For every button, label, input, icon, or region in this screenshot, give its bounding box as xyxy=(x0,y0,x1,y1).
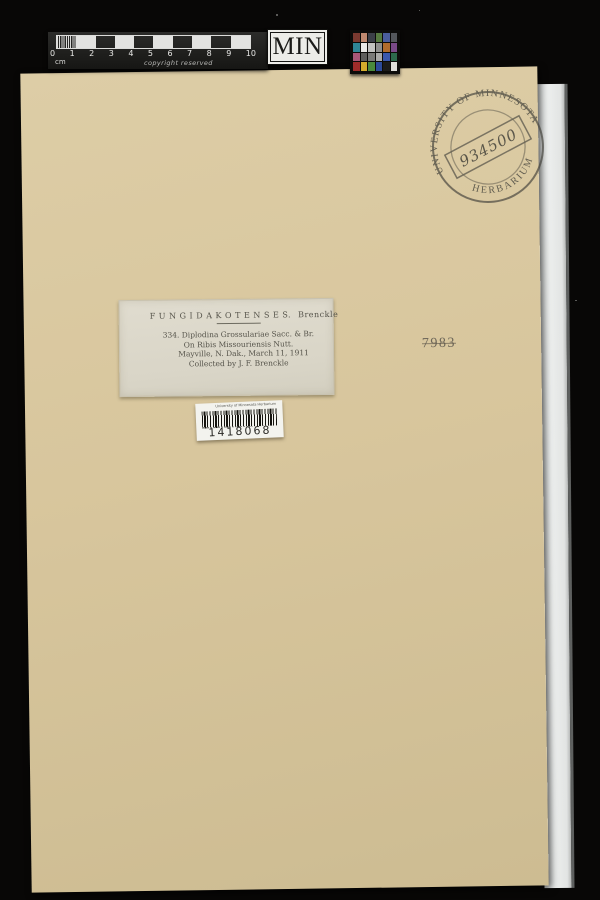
ruler-cm-segment xyxy=(211,36,230,48)
ruler-number: 2 xyxy=(89,49,94,58)
ruler-numbers: 012345678910 xyxy=(50,49,256,58)
color-patch xyxy=(391,33,398,42)
ruler-cm-segment xyxy=(96,36,115,48)
color-patch xyxy=(353,53,360,62)
label-taxon-line: 334. Diplodina Grossulariae Sacc. & Br. xyxy=(150,329,327,340)
ruler-number: 6 xyxy=(167,49,172,58)
color-patch xyxy=(376,53,383,62)
ruler-number: 5 xyxy=(148,49,153,58)
ruler-copyright-text: copyright reserved xyxy=(144,59,213,67)
ruler-scale xyxy=(56,35,251,49)
color-target-grid xyxy=(353,33,397,71)
color-patch xyxy=(361,33,368,42)
dust-speck xyxy=(276,14,278,16)
color-patch xyxy=(368,62,375,71)
color-patch xyxy=(353,62,360,71)
ruler-cm-segment xyxy=(153,36,172,48)
ruler-cm-segment xyxy=(173,36,192,48)
label-divider xyxy=(216,323,260,324)
stamped-sheet-number: 7983 xyxy=(422,336,456,353)
series-title-text: F U N G I D A K O T E N S E S. xyxy=(150,310,291,320)
color-patch xyxy=(391,62,398,71)
herbarium-stamp: UNIVERSITY OF MINNESOTA HERBARIUM 934500 xyxy=(415,74,561,220)
dust-speck xyxy=(419,10,420,11)
color-patch xyxy=(383,33,390,42)
specimen-label: F U N G I D A K O T E N S E S.Brenckle 3… xyxy=(118,298,334,397)
color-patch xyxy=(368,33,375,42)
color-calibration-target xyxy=(350,30,400,74)
color-patch xyxy=(391,43,398,52)
color-patch xyxy=(353,33,360,42)
color-patch xyxy=(361,53,368,62)
dust-speck xyxy=(575,300,577,301)
color-patch xyxy=(361,62,368,71)
ruler-number: 3 xyxy=(109,49,114,58)
color-patch xyxy=(368,43,375,52)
barcode-label: University of Minnesota Herbarium 141806… xyxy=(195,400,284,441)
color-patch xyxy=(391,53,398,62)
color-patch xyxy=(376,62,383,71)
label-collector-line: Collected by J. F. Brenckle xyxy=(150,357,327,368)
color-patch xyxy=(376,33,383,42)
ruler-number: 7 xyxy=(187,49,192,58)
label-series-title: F U N G I D A K O T E N S E S.Brenckle xyxy=(150,310,327,321)
ruler-cm-segment xyxy=(115,36,134,48)
barcode-header-text: University of Minnesota Herbarium xyxy=(215,403,262,408)
ruler-cm-segment xyxy=(76,36,95,48)
color-patch xyxy=(376,43,383,52)
color-patch xyxy=(383,43,390,52)
color-patch xyxy=(361,43,368,52)
institution-code-label: MIN xyxy=(267,29,328,65)
ruler-number: 9 xyxy=(226,49,231,58)
scale-ruler: 012345678910 cm copyright reserved xyxy=(48,32,268,69)
barcode-number: 1418068 xyxy=(199,424,280,440)
ruler-number: 4 xyxy=(128,49,133,58)
ruler-number: 1 xyxy=(70,49,75,58)
color-patch xyxy=(383,53,390,62)
ruler-number: 8 xyxy=(207,49,212,58)
series-author-text: Brenckle xyxy=(298,310,338,319)
color-patch xyxy=(368,53,375,62)
color-patch xyxy=(383,62,390,71)
ruler-mm-ticks xyxy=(57,36,76,48)
label-locality-date-line: Mayville, N. Dak., March 11, 1911 xyxy=(150,348,327,359)
ruler-cm-segment xyxy=(231,36,250,48)
scan-page: 012345678910 cm copyright reserved MIN U… xyxy=(0,0,600,900)
ruler-cm-segment xyxy=(134,36,153,48)
ruler-number: 10 xyxy=(246,49,256,58)
institution-code-text: MIN xyxy=(272,34,322,59)
color-patch xyxy=(353,43,360,52)
ruler-cm-segment xyxy=(192,36,211,48)
ruler-unit-label: cm xyxy=(55,58,66,66)
ruler-number: 0 xyxy=(50,49,55,58)
